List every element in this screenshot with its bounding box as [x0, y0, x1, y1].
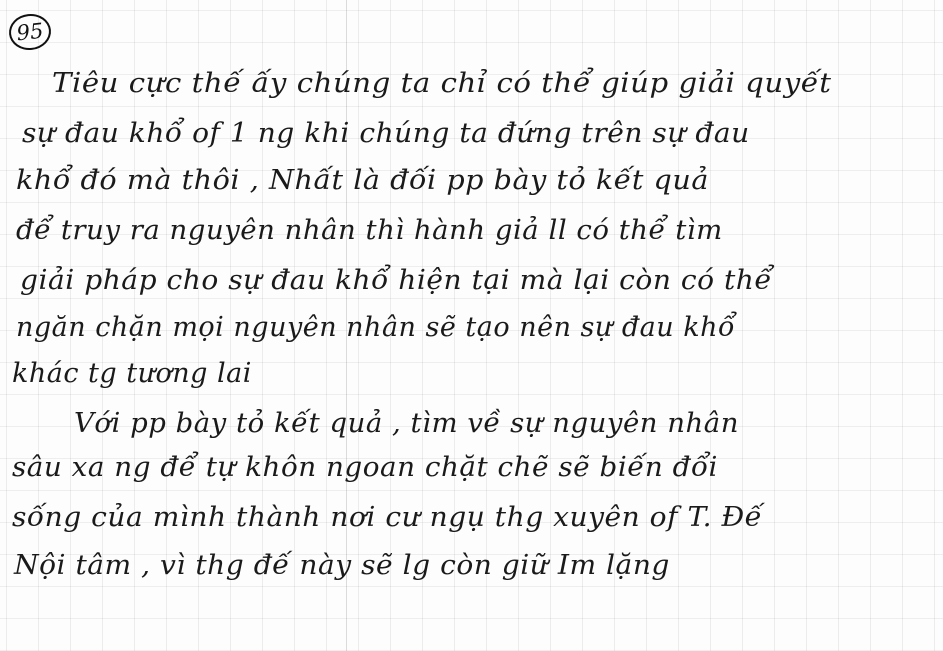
handwritten-line-10: sống của mình thành nơi cư ngụ thg xuyên…: [12, 502, 762, 533]
handwritten-line-7: khác tg tương lai: [12, 358, 252, 389]
handwritten-line-9: sâu xa ng để tự khôn ngoan chặt chẽ sẽ b…: [12, 452, 718, 483]
handwritten-line-1: Tiêu cực thế ấy chúng ta chỉ có thể giúp…: [52, 68, 831, 99]
handwritten-line-5: giải pháp cho sự đau khổ hiện tại mà lại…: [20, 265, 772, 296]
page-number-circle: 95: [7, 12, 53, 52]
handwritten-line-4: để truy ra nguyên nhân thì hành giả ll c…: [16, 215, 723, 246]
notebook-page: 95 Tiêu cực thế ấy chúng ta chỉ có thể g…: [0, 0, 943, 651]
handwritten-line-11: Nội tâm , vì thg đế này sẽ lg còn giữ Im…: [14, 550, 670, 581]
handwritten-line-6: ngăn chặn mọi nguyên nhân sẽ tạo nên sự …: [16, 312, 735, 343]
handwritten-line-3: khổ đó mà thôi , Nhất là đối pp bày tỏ k…: [16, 165, 709, 196]
handwritten-line-2: sự đau khổ of 1 ng khi chúng ta đứng trê…: [22, 118, 750, 149]
handwritten-line-8: Với pp bày tỏ kết quả , tìm về sự nguyên…: [74, 408, 739, 439]
